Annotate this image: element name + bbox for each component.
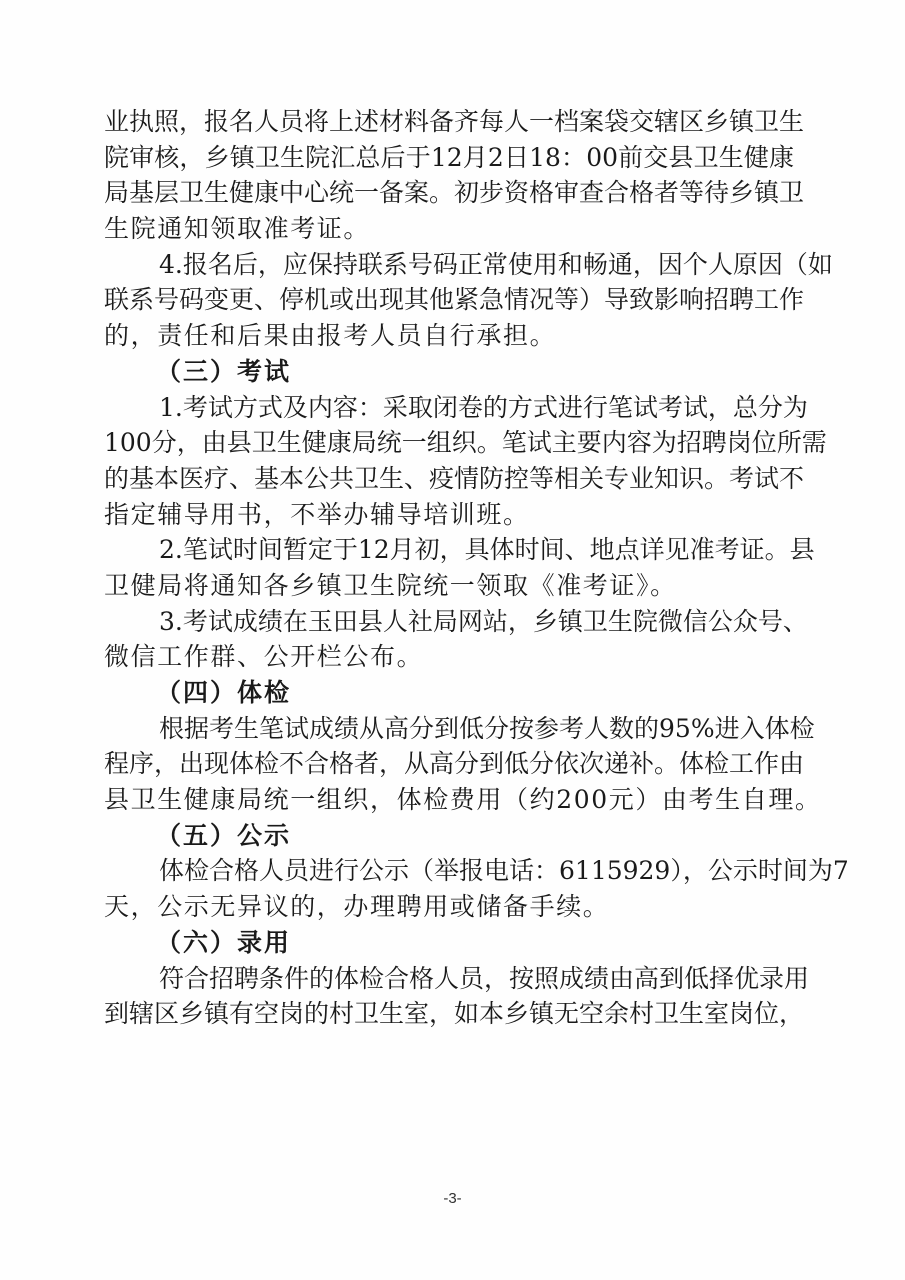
text-line: 微信工作群、公开栏公布。 [104,639,794,675]
text-line: 的基本医疗、基本公共卫生、疫情防控等相关专业知识。考试不 [104,461,794,497]
page-number: -3- [0,1190,905,1207]
section-heading-exam: （三）考试 [104,354,794,390]
text-line: 院审核，乡镇卫生院汇总后于12月2日18：00前交县卫生健康 [104,140,794,176]
text-line: 1.考试方式及内容：采取闭卷的方式进行笔试考试，总分为 [104,390,794,426]
text-line: 联系号码变更、停机或出现其他紧急情况等）导致影响招聘工作 [104,282,794,318]
text-line: 指定辅导用书，不举办辅导培训班。 [104,497,794,533]
section-heading-physical-exam: （四）体检 [104,675,794,711]
text-line: 天，公示无异议的，办理聘用或储备手续。 [104,889,794,925]
text-line: 3.考试成绩在玉田县人社局网站，乡镇卫生院微信公众号、 [104,604,794,640]
text-line: 到辖区乡镇有空岗的村卫生室，如本乡镇无空余村卫生室岗位， [104,996,794,1032]
document-page: 业执照，报名人员将上述材料备齐每人一档案袋交辖区乡镇卫生 院审核，乡镇卫生院汇总… [0,0,905,1280]
text-line: 体检合格人员进行公示（举报电话：6115929），公示时间为7 [104,853,794,889]
text-line: 程序，出现体检不合格者，从高分到低分依次递补。体检工作由 [104,746,794,782]
text-line: 局基层卫生健康中心统一备案。初步资格审查合格者等待乡镇卫 [104,175,794,211]
text-line: 符合招聘条件的体检合格人员，按照成绩由高到低择优录用 [104,961,794,997]
text-line: 业执照，报名人员将上述材料备齐每人一档案袋交辖区乡镇卫生 [104,104,794,140]
document-body: 业执照，报名人员将上述材料备齐每人一档案袋交辖区乡镇卫生 院审核，乡镇卫生院汇总… [104,104,794,1032]
text-line: 的，责任和后果由报考人员自行承担。 [104,318,794,354]
text-line: 4.报名后，应保持联系号码正常使用和畅通，因个人原因（如 [104,247,794,283]
text-line: 生院通知领取准考证。 [104,211,794,247]
text-line: 2.笔试时间暂定于12月初，具体时间、地点详见准考证。县 [104,532,794,568]
text-line: 县卫生健康局统一组织，体检费用（约200元）由考生自理。 [104,782,794,818]
section-heading-employment: （六）录用 [104,925,794,961]
section-heading-publicity: （五）公示 [104,818,794,854]
text-line: 卫健局将通知各乡镇卫生院统一领取《准考证》。 [104,568,794,604]
text-line: 100分，由县卫生健康局统一组织。笔试主要内容为招聘岗位所需 [104,425,794,461]
text-line: 根据考生笔试成绩从高分到低分按参考人数的95%进入体检 [104,711,794,747]
